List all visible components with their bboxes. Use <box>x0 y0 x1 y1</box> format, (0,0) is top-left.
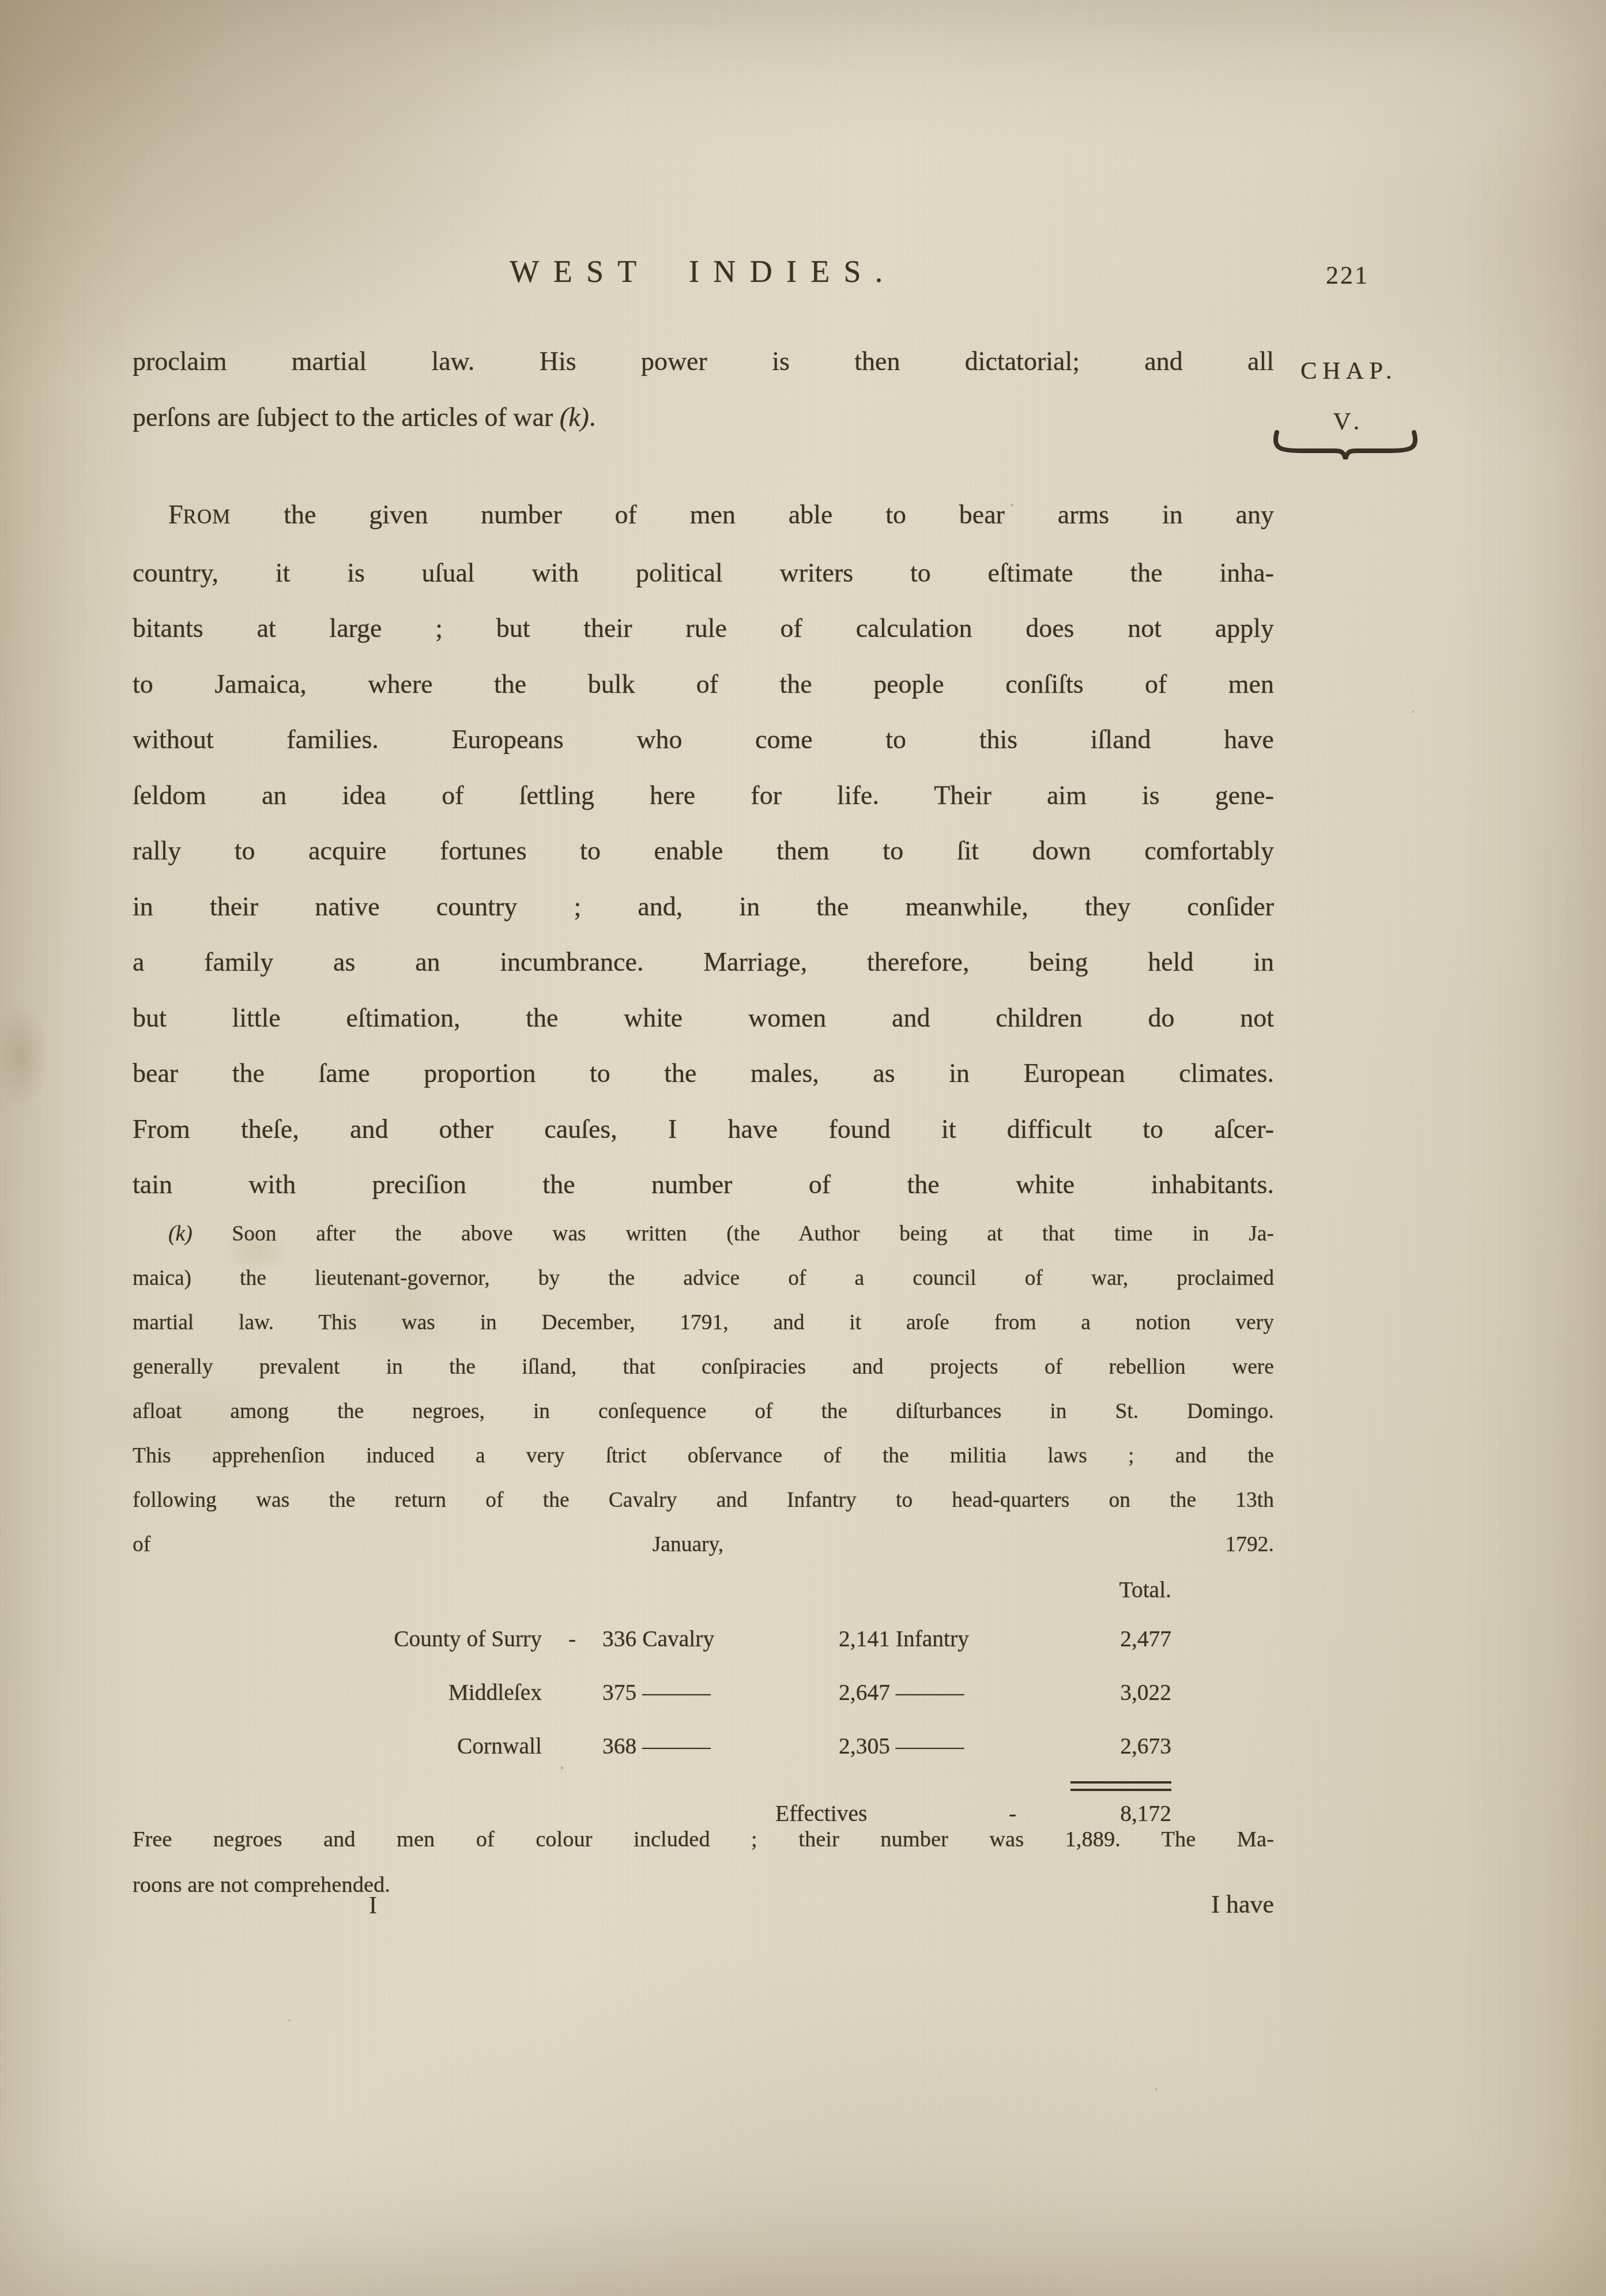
cavalry-cell: 336 Cavalry <box>602 1612 839 1666</box>
footnote-line: of January, 1792. <box>133 1522 1274 1567</box>
table-row: Middleſex 375 ——— 2,647 ——— 3,022 <box>133 1666 1274 1720</box>
body-line: ſeldom an idea of ſettling here for life… <box>133 768 1274 824</box>
body-text: . <box>589 402 596 432</box>
page-number: 221 <box>1326 261 1369 290</box>
running-header-title: WEST INDIES. <box>133 254 1274 289</box>
total-cell: 3,022 <box>1069 1666 1274 1720</box>
catchword: I have <box>133 1890 1274 1919</box>
body-line: to Jamaica, where the bulk of the people… <box>133 657 1274 712</box>
county-cell: County of Surry <box>133 1612 542 1666</box>
book-page: WEST INDIES. 221 CHAP. V. proclaim marti… <box>0 0 1606 2296</box>
table-rows: County of Surry - 336 Cavalry 2,141 Infa… <box>133 1612 1274 1773</box>
paragraph-main: FROM the given number of men able to bea… <box>133 487 1274 1213</box>
paragraph-continuation: proclaim martial law. His power is then … <box>133 333 1274 445</box>
body-line: rally to acquire fortunes to enable them… <box>133 823 1274 879</box>
infantry-cell: 2,141 Infantry <box>839 1612 1069 1666</box>
body-line: country, it is uſual with political writ… <box>133 545 1274 601</box>
table-row: County of Surry - 336 Cavalry 2,141 Infa… <box>133 1612 1274 1666</box>
paragraph-main-lines: country, it is uſual with political writ… <box>133 545 1274 1213</box>
chapter-brace-icon <box>1270 428 1421 468</box>
body-line: in their native country ; and, in the me… <box>133 879 1274 935</box>
body-line: tain with preciſion the number of the wh… <box>133 1157 1274 1213</box>
infantry-cell: 2,647 ——— <box>839 1666 1069 1720</box>
closing-line: Free negroes and men of colour included … <box>133 1817 1274 1863</box>
county-cell: Middleſex <box>133 1666 542 1720</box>
footnote-marker: (k) <box>168 1222 193 1246</box>
militia-return-table: Total. County of Surry - 336 Cavalry 2,1… <box>133 1577 1274 1855</box>
footnote-line: This apprehenſion induced a very ſtrict … <box>133 1434 1274 1478</box>
table-row: Cornwall 368 ——— 2,305 ——— 2,673 <box>133 1720 1274 1773</box>
footnote-lines: maica) the lieutenant-governor, by the a… <box>133 1256 1274 1567</box>
infantry-cell: 2,305 ——— <box>839 1720 1069 1773</box>
chapter-label: CHAP. <box>1275 346 1423 397</box>
opening-smallcaps: ROM <box>183 506 231 528</box>
body-line: FROM the given number of men able to bea… <box>133 487 1274 545</box>
total-cell: 2,673 <box>1069 1720 1274 1773</box>
cavalry-cell: 368 ——— <box>602 1720 839 1773</box>
footnote-reference: (k) <box>560 402 589 432</box>
county-cell: Cornwall <box>133 1720 542 1773</box>
body-line: perſons are ſubject to the articles of w… <box>133 389 1274 445</box>
body-text: the given number of men able to bear arm… <box>231 500 1274 529</box>
footnote-line: generally prevalent in the iſland, that … <box>133 1345 1274 1389</box>
table-total-header: Total. <box>133 1577 1274 1612</box>
body-text: perſons are ſubject to the articles of w… <box>133 402 560 432</box>
footnote-line: martial law. This was in December, 1791,… <box>133 1300 1274 1345</box>
footnote-line: afloat among the negroes, in conſequence… <box>133 1389 1274 1434</box>
body-line: without families. Europeans who come to … <box>133 712 1274 768</box>
footnote-line: following was the return of the Cavalry … <box>133 1478 1274 1522</box>
body-line: but little eſtimation, the white women a… <box>133 990 1274 1046</box>
body-line: proclaim martial law. His power is then … <box>133 333 1274 389</box>
footnote: (k) Soon after the above was written (th… <box>133 1212 1274 1567</box>
cavalry-cell: 375 ——— <box>602 1666 839 1720</box>
body-line: bear the ſame proportion to the males, a… <box>133 1046 1274 1102</box>
separator-cell <box>542 1666 602 1720</box>
separator-cell <box>542 1720 602 1773</box>
footnote-line: maica) the lieutenant-governor, by the a… <box>133 1256 1274 1300</box>
body-line: a family as an incumbrance. Marriage, th… <box>133 934 1274 990</box>
total-cell: 2,477 <box>1069 1612 1274 1666</box>
separator-cell: - <box>542 1612 602 1666</box>
body-line: From theſe, and other cauſes, I have fou… <box>133 1102 1274 1158</box>
footnote-line: (k) Soon after the above was written (th… <box>133 1212 1274 1256</box>
body-line: bitants at large ; but their rule of cal… <box>133 601 1274 657</box>
total-rule <box>1070 1781 1171 1791</box>
opening-capital: F <box>168 500 183 529</box>
footnote-text: Soon after the above was written (the Au… <box>193 1222 1274 1246</box>
